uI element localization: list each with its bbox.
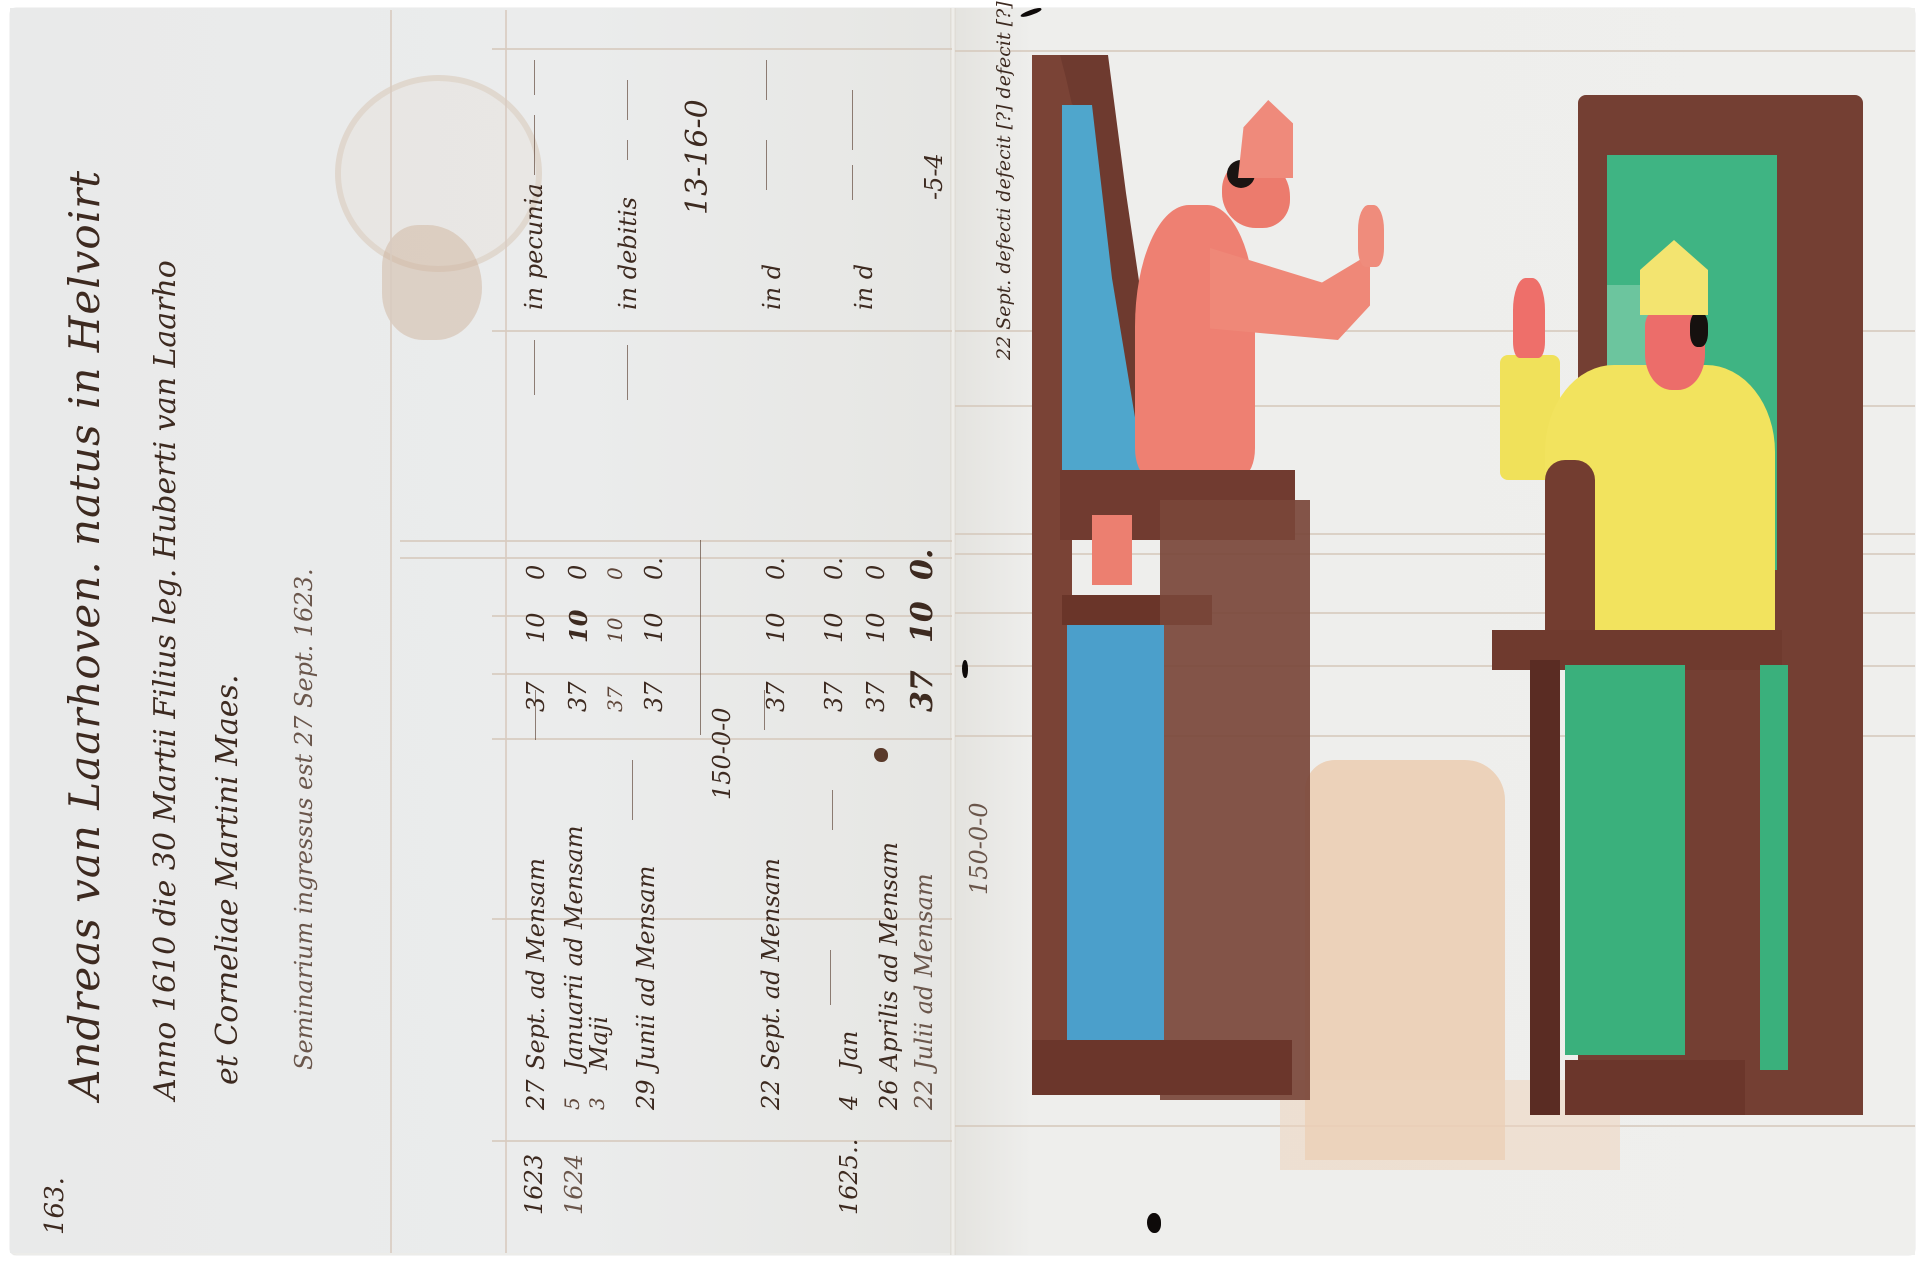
heading-line-1: Andreas van Laarhoven. natus in Helvoirt — [60, 170, 109, 1100]
ledger-amount: 0 — [603, 567, 627, 580]
ledger-upper-amount-2: -5-4 — [920, 153, 948, 200]
ledger-entry: Sept. ad Mensam — [522, 858, 550, 1070]
ledger-amount: 37 — [820, 681, 848, 712]
left-throne-foot — [1032, 1040, 1292, 1095]
heading-line-2: Anno 1610 die 30 Martii Filius leg. Hube… — [148, 260, 183, 1100]
ledger-amount: 37 — [522, 681, 550, 712]
ledger-subtotal: 150-0-0 — [708, 707, 736, 800]
ledger-upper-entry: in d — [758, 264, 786, 310]
ledger-amount: 37 — [564, 681, 592, 712]
left-figure-body — [1135, 205, 1255, 475]
ledger-year: 1624 — [560, 1154, 588, 1215]
ledger-amount: 10 — [564, 610, 593, 643]
ink-dash — [852, 90, 853, 150]
ledger-column-rule — [390, 10, 392, 1253]
ink-dash — [627, 80, 628, 120]
page-number: 163. — [40, 1177, 70, 1235]
ink-dash — [534, 340, 535, 395]
ledger-day: 29 — [632, 1079, 660, 1110]
ledger-upper-entry: in debitis — [614, 197, 642, 310]
ledger-day: 26 — [875, 1079, 903, 1110]
ledger-upper-entry: in pecunia — [520, 183, 548, 310]
ledger-amount: 0. — [905, 549, 940, 580]
ledger-day: 5 — [560, 1097, 584, 1110]
left-throne-leg — [1092, 515, 1132, 585]
ledger-rule — [492, 48, 952, 50]
ledger-amount: 0 — [862, 565, 890, 580]
ink-blot — [874, 748, 888, 762]
ledger-amount: 37 — [762, 681, 790, 712]
ledger-entry: Junii ad Mensam — [632, 866, 660, 1070]
ledger-entry: Jan — [835, 1031, 863, 1070]
ledger-entry: Maji — [585, 1016, 613, 1070]
ink-dash — [627, 140, 628, 160]
page-fold — [950, 8, 956, 1255]
right-margin-note: 22 Sept. defecti defecit [?] defecit [?] — [993, 1, 1015, 360]
ledger-day: 22 — [910, 1079, 938, 1110]
ink-dash — [627, 345, 628, 400]
ink-blot — [1147, 1213, 1161, 1233]
ink-dash — [534, 115, 535, 175]
left-figure-hand — [1358, 205, 1384, 267]
heading-line-3: et Corneliae Martini Maes. — [210, 675, 245, 1085]
ledger-day: 27 — [522, 1079, 550, 1110]
ledger-amount: 37 — [862, 681, 890, 712]
left-throne-panel — [1067, 625, 1164, 1040]
right-throne-foot — [1565, 1060, 1745, 1115]
ledger-rule — [955, 50, 1915, 52]
right-throne-panel-narrow — [1760, 665, 1788, 1070]
ledger-rule — [400, 557, 952, 559]
ledger-year: 1623 — [520, 1154, 548, 1215]
ink-dash — [766, 140, 767, 190]
ink-dash — [766, 60, 767, 100]
ledger-rule — [400, 540, 952, 542]
right-figure-hair — [1690, 312, 1708, 347]
ledger-amount: 0 — [522, 565, 550, 580]
ink-dash — [832, 790, 833, 830]
ledger-total: 150-0-0 — [965, 802, 993, 895]
ledger-entry: Julii ad Mensam — [910, 873, 938, 1070]
ledger-rule — [492, 673, 952, 675]
ledger-amount: 10 — [603, 618, 627, 643]
ink-dash — [852, 165, 853, 200]
ledger-amount: 0. — [762, 557, 790, 580]
right-figure-hand — [1513, 278, 1545, 358]
ledger-day: 3 — [585, 1097, 609, 1110]
ledger-amount: 0 — [564, 565, 592, 580]
ledger-amount: 10 — [522, 612, 550, 643]
ledger-amount: 10 — [640, 612, 668, 643]
ledger-upper-amount: 13-16-0 — [680, 99, 715, 215]
ledger-rule — [492, 1140, 952, 1142]
ledger-amount: 10 — [820, 612, 848, 643]
ink-dash — [700, 540, 701, 735]
ink-blot — [962, 660, 968, 678]
ledger-amount: 37 — [603, 687, 627, 712]
ledger-amount: 0. — [820, 557, 848, 580]
ledger-upper-entry: in d — [850, 264, 878, 310]
ink-dash — [632, 760, 633, 820]
ledger-day: 4 — [835, 1095, 863, 1110]
left-throne-body — [1160, 500, 1310, 1100]
ink-dash — [830, 950, 831, 1005]
heading-line-4: Seminarium ingressus est 27 Sept. 1623. — [290, 568, 318, 1070]
ledger-entry: Januarii ad Mensam — [560, 825, 588, 1070]
ledger-amount: 0. — [640, 557, 668, 580]
ledger-amount: 10 — [762, 612, 790, 643]
ledger-entry: Sept. ad Mensam — [757, 858, 785, 1070]
right-throne-panel — [1565, 665, 1685, 1055]
ledger-amount: 37 — [640, 681, 668, 712]
right-throne-leg — [1530, 660, 1560, 1115]
ledger-rule — [492, 330, 952, 332]
ink-dash — [534, 60, 535, 95]
ledger-day: 22 — [757, 1079, 785, 1110]
ledger-entry: Aprilis ad Mensam — [875, 842, 903, 1070]
ledger-year: 1625.. — [835, 1139, 863, 1215]
ledger-amount: 37 — [905, 670, 940, 712]
ledger-column-rule — [505, 10, 507, 1253]
ledger-amount: 10 — [905, 601, 940, 643]
right-throne-armrest — [1545, 460, 1595, 655]
ledger-amount: 10 — [862, 612, 890, 643]
